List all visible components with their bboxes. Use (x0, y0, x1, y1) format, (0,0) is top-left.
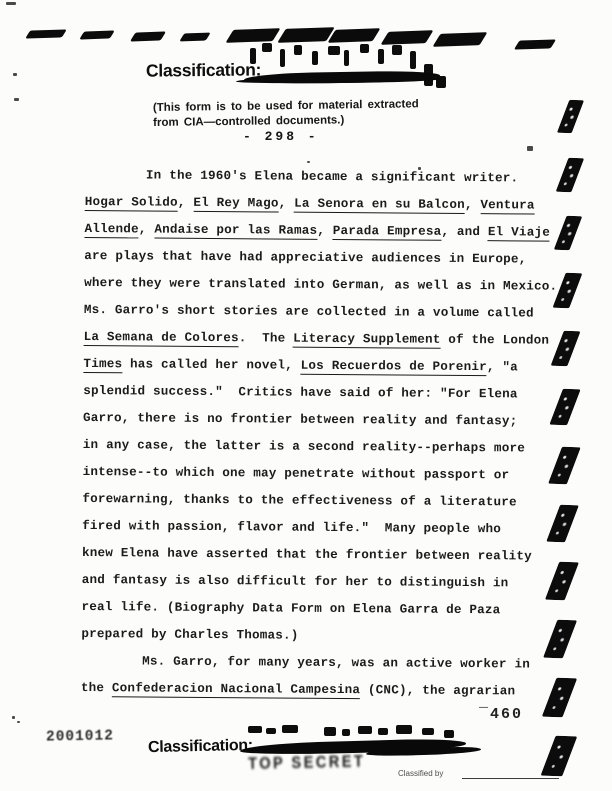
body-line: Ms. Garro's short stories are collected … (84, 303, 564, 334)
text-segment: , (139, 222, 155, 236)
torn-edge-dash-mark (179, 33, 210, 42)
text-segment: , "a (487, 360, 518, 374)
scan-edge-mark (540, 735, 576, 775)
underlined-title: Allende (84, 222, 138, 238)
stamp-ink-fragment (312, 51, 318, 65)
text-segment: , (178, 196, 194, 210)
redaction-stamp-top (236, 36, 451, 98)
body-line: real life. (Biography Data Form on Elena… (81, 600, 561, 631)
underlined-title: La Semana de Colores (84, 330, 239, 347)
text-segment: In the 1960's Elena became a significant… (146, 168, 518, 185)
stamp-ink-fragment (324, 727, 336, 736)
body-line: La Semana de Colores. The Literacy Suppl… (84, 330, 564, 361)
stamp-ink-fragment (262, 43, 272, 52)
underlined-title: Andaise por las Ramas (154, 223, 317, 240)
classification-label-bottom: Classification: (148, 737, 253, 757)
underlined-title: Ventura (480, 198, 534, 214)
stamp-ink-fragment (410, 51, 416, 69)
text-segment: (CNC), the agrarian (360, 683, 515, 698)
underlined-title: El Rey Mago (193, 196, 278, 212)
classified-by-blank-line (462, 778, 559, 779)
stamp-ghost-text: TOP SECRET (248, 753, 366, 774)
stamp-ink-fragment (280, 49, 285, 67)
text-segment: , (317, 224, 333, 238)
page-number: - 298 - (243, 129, 319, 144)
text-segment: forewarning, thanks to the effectiveness… (82, 492, 517, 509)
stamp-ink-fragment (396, 725, 412, 734)
stamp-ink-fragment (266, 728, 276, 734)
underlined-title: Confederacion Nacional Campesina (112, 681, 360, 698)
text-segment: where they were translated into German, … (84, 276, 557, 294)
paper-speck (12, 716, 15, 719)
redaction-stamp-bottom: TOP SECRET (246, 724, 481, 786)
text-segment: prepared by Charles Thomas.) (81, 627, 298, 643)
text-segment: real life. (Biography Data Form on Elena… (81, 600, 500, 617)
stamp-ink-fragment (250, 48, 256, 64)
body-line: splendid success." Critics have said of … (83, 384, 563, 415)
reference-number-left: 2001012 (46, 728, 114, 745)
underlined-title: Los Recuerdos de Porenir (301, 359, 487, 376)
text-segment: of the London (440, 333, 549, 348)
paper-speck (14, 98, 19, 101)
body-line: forewarning, thanks to the effectiveness… (82, 492, 562, 523)
underlined-title: Hogar Solido (85, 195, 178, 211)
torn-edge-dash-mark (25, 29, 67, 38)
stamp-ink-fragment (248, 726, 262, 733)
text-segment: and fantasy is also difficult for her to… (82, 573, 509, 590)
reference-number-right: ¯460 (479, 706, 523, 723)
stamp-ink-fragment (282, 725, 298, 733)
stamp-ink-fragment (358, 726, 372, 734)
underlined-title: Times (83, 357, 122, 373)
torn-edge-dash-mark (514, 39, 556, 49)
body-line: are plays that have had appreciative aud… (84, 249, 564, 280)
stamp-ink-fragment (294, 45, 302, 55)
body-line: Ms. Garro, for many years, was an active… (81, 654, 561, 685)
text-segment: knew Elena have asserted that the fronti… (82, 546, 532, 564)
stamp-ink-fragment (342, 729, 350, 736)
scan-edge-mark (557, 100, 584, 134)
text-segment: , (279, 197, 295, 211)
stamp-ink-fragment (378, 728, 388, 735)
body-line: Times has called her novel, Los Recuerdo… (83, 357, 563, 388)
body-line: prepared by Charles Thomas.) (81, 627, 561, 658)
text-segment: , and (441, 225, 488, 239)
torn-edge-dash-mark (433, 32, 488, 47)
stamp-ink-fragment (422, 728, 434, 735)
underlined-title: Literacy Supplement (293, 332, 441, 349)
underlined-title: La Senora en su Balcon (294, 197, 465, 214)
text-segment: , (465, 198, 481, 212)
torn-edge-dash-mark (79, 30, 115, 39)
paper-speck (6, 2, 16, 5)
text-segment: fired with passion, flavor and life." Ma… (82, 519, 501, 536)
text-segment: Garro, there is no frontier between real… (83, 411, 518, 428)
stamp-ink-fragment (360, 44, 369, 53)
text-segment: has called her novel, (122, 357, 301, 372)
body-line: In the 1960's Elena became a significant… (85, 168, 565, 199)
underlined-title: El Viaje (488, 225, 550, 241)
classified-by-label: Classified by (398, 769, 443, 778)
text-segment: in any case, the latter is a second real… (83, 438, 525, 455)
text-segment: intense--to which one may penetrate with… (83, 465, 510, 482)
body-line: Garro, there is no frontier between real… (83, 411, 563, 442)
text-segment: Ms. Garro's short stories are collected … (84, 303, 534, 321)
stamp-ink-fragment (328, 46, 340, 55)
stamp-ink-fragment (392, 45, 402, 55)
paper-speck (307, 161, 310, 163)
torn-edge-dash-mark (277, 27, 335, 43)
form-note: (This form is to be used for material ex… (153, 97, 443, 131)
torn-edge-dash-mark (130, 31, 166, 41)
paper-speck (13, 73, 17, 76)
body-line: fired with passion, flavor and life." Ma… (82, 519, 562, 550)
document-body: In the 1960's Elena became a significant… (81, 168, 565, 712)
underlined-title: Parada Empresa (333, 224, 442, 240)
body-line: and fantasy is also difficult for her to… (82, 573, 562, 604)
body-line: intense--to which one may penetrate with… (82, 465, 562, 496)
text-segment: . The (239, 331, 293, 345)
stamp-ink-fragment (444, 730, 454, 738)
stamp-ink-fragment (378, 49, 384, 64)
torn-edge-dash-mark (226, 28, 281, 43)
stamp-ink-fragment (344, 50, 349, 66)
body-line: Allende, Andaise por las Ramas, Parada E… (84, 222, 564, 253)
text-segment: Ms. Garro, for many years, was an active… (142, 654, 530, 671)
text-segment: are plays that have had appreciative aud… (84, 249, 526, 266)
text-segment: the (81, 681, 112, 695)
text-segment: splendid success." Critics have said of … (83, 384, 518, 401)
body-line: knew Elena have asserted that the fronti… (82, 546, 562, 577)
paper-speck (17, 721, 20, 723)
paper-speck (527, 146, 533, 151)
body-line: Hogar Solido, El Rey Mago, La Senora en … (85, 195, 565, 226)
body-line: in any case, the latter is a second real… (83, 438, 563, 469)
scanned-document-page: Classification: (This form is to be used… (0, 0, 612, 791)
paper-speck (418, 167, 421, 170)
body-line: where they were translated into German, … (84, 276, 564, 307)
